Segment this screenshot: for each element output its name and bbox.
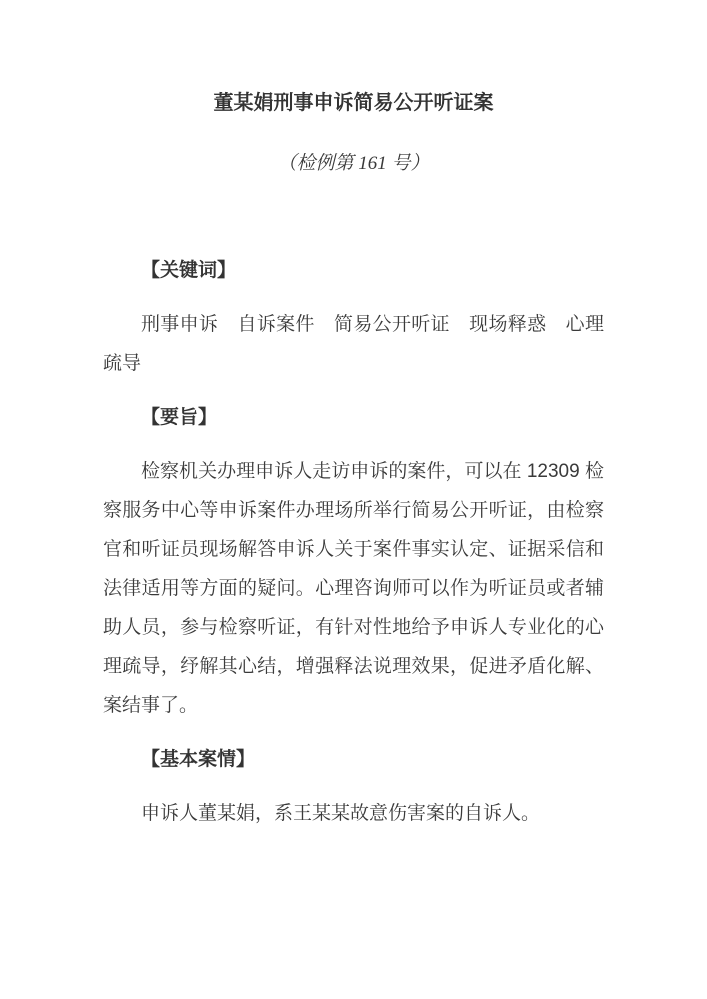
keywords-paragraph: 刑事申诉 自诉案件 简易公开听证 现场释惑 心理疏导 xyxy=(103,305,604,383)
section-summary: 【要旨】 检察机关办理申诉人走访申诉的案件，可以在 12309 检察服务中心等申… xyxy=(103,398,604,725)
case-number-subtitle: （检例第 161 号） xyxy=(103,144,604,183)
summary-paragraph: 检察机关办理申诉人走访申诉的案件，可以在 12309 检察服务中心等申诉案件办理… xyxy=(103,452,604,725)
section-heading-keywords: 【关键词】 xyxy=(103,251,604,290)
document-title: 董某娟刑事申诉简易公开听证案 xyxy=(103,84,604,123)
basic-facts-paragraph: 申诉人董某娟，系王某某故意伤害案的自诉人。 xyxy=(103,794,604,833)
section-keywords: 【关键词】 刑事申诉 自诉案件 简易公开听证 现场释惑 心理疏导 xyxy=(103,251,604,383)
section-heading-summary: 【要旨】 xyxy=(103,398,604,437)
section-basic-facts: 【基本案情】 申诉人董某娟，系王某某故意伤害案的自诉人。 xyxy=(103,740,604,833)
document-page: 董某娟刑事申诉简易公开听证案 （检例第 161 号） 【关键词】 刑事申诉 自诉… xyxy=(0,0,707,999)
section-heading-basic-facts: 【基本案情】 xyxy=(103,740,604,779)
